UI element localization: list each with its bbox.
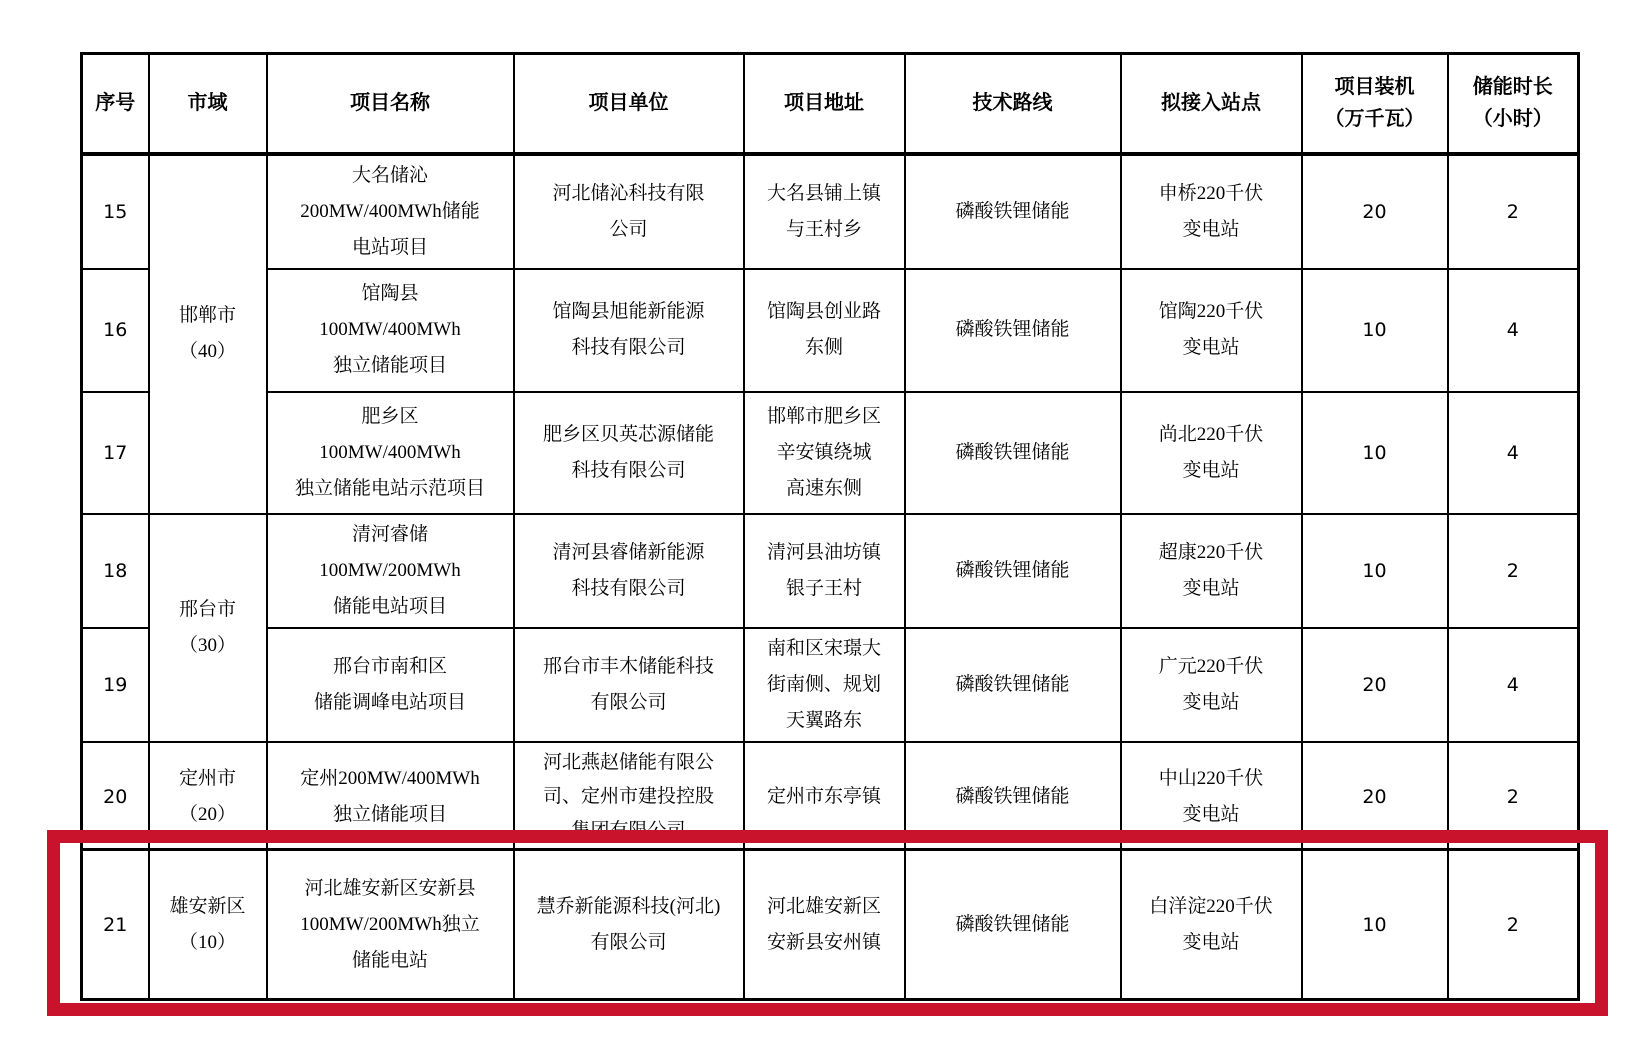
cell-duration: 4 <box>1448 628 1579 742</box>
table-row-20: 20 定州市 （20） 定州200MW/400MWh 独立储能项目 河北燕赵储能… <box>82 742 1579 853</box>
table-row-16: 16 馆陶县 100MW/400MWh 独立储能项目 馆陶县旭能新能源 科技有限… <box>82 269 1579 392</box>
table-row-17: 17 肥乡区 100MW/400MWh 独立储能电站示范项目 肥乡区贝英芯源储能… <box>82 392 1579 514</box>
cell-project-unit: 肥乡区贝英芯源储能 科技有限公司 <box>514 392 744 514</box>
cell-project-name: 馆陶县 100MW/400MWh 独立储能项目 <box>267 269 514 392</box>
cell-city-handan: 邯郸市 （40） <box>149 154 267 514</box>
cell-project-name: 大名储沁 200MW/400MWh储能 电站项目 <box>267 154 514 269</box>
cell-access-station: 尚北220千伏 变电站 <box>1121 392 1302 514</box>
projects-table-row-21: 21 雄安新区 （10） 河北雄安新区安新县 100MW/200MWh独立 储能… <box>80 848 1580 1001</box>
cell-project-address: 邯郸市肥乡区 辛安镇绕城 高速东侧 <box>744 392 905 514</box>
cell-project-address: 南和区宋璟大 街南侧、规划 天翼路东 <box>744 628 905 742</box>
cell-duration: 2 <box>1448 514 1579 628</box>
cell-project-unit: 邢台市丰木储能科技 有限公司 <box>514 628 744 742</box>
cell-seq: 16 <box>82 269 149 392</box>
header-capacity: 项目装机 （万千瓦） <box>1302 54 1448 154</box>
header-duration: 储能时长 （小时） <box>1448 54 1579 154</box>
cell-seq: 21 <box>82 850 149 1000</box>
cell-project-unit: 清河县睿储新能源 科技有限公司 <box>514 514 744 628</box>
header-project-unit: 项目单位 <box>514 54 744 154</box>
cell-access-station: 广元220千伏 变电站 <box>1121 628 1302 742</box>
cell-tech-route: 磷酸铁锂储能 <box>905 628 1121 742</box>
table-row-21: 21 雄安新区 （10） 河北雄安新区安新县 100MW/200MWh独立 储能… <box>82 850 1579 1000</box>
cell-tech-route: 磷酸铁锂储能 <box>905 269 1121 392</box>
cell-project-address: 馆陶县创业路 东侧 <box>744 269 905 392</box>
cell-access-station: 白洋淀220千伏 变电站 <box>1121 850 1302 1000</box>
cell-capacity: 10 <box>1302 392 1448 514</box>
cell-seq: 17 <box>82 392 149 514</box>
projects-table: 序号 市域 项目名称 项目单位 项目地址 技术路线 拟接入站点 项目装机 （万千… <box>80 52 1580 854</box>
header-access-station: 拟接入站点 <box>1121 54 1302 154</box>
cell-capacity: 10 <box>1302 850 1448 1000</box>
cell-access-station: 申桥220千伏 变电站 <box>1121 154 1302 269</box>
cell-access-station: 超康220千伏 变电站 <box>1121 514 1302 628</box>
cell-seq: 18 <box>82 514 149 628</box>
cell-duration: 4 <box>1448 269 1579 392</box>
cell-seq: 15 <box>82 154 149 269</box>
cell-tech-route: 磷酸铁锂储能 <box>905 154 1121 269</box>
cell-city-xingtai: 邢台市 （30） <box>149 514 267 742</box>
cell-city-dingzhou: 定州市 （20） <box>149 742 267 853</box>
cell-tech-route: 磷酸铁锂储能 <box>905 742 1121 853</box>
cell-project-unit: 馆陶县旭能新能源 科技有限公司 <box>514 269 744 392</box>
cell-seq: 20 <box>82 742 149 853</box>
header-row: 序号 市域 项目名称 项目单位 项目地址 技术路线 拟接入站点 项目装机 （万千… <box>82 54 1579 154</box>
cell-access-station: 中山220千伏 变电站 <box>1121 742 1302 853</box>
table-row-19: 19 邢台市南和区 储能调峰电站项目 邢台市丰木储能科技 有限公司 南和区宋璟大… <box>82 628 1579 742</box>
cell-capacity: 10 <box>1302 269 1448 392</box>
cell-access-station: 馆陶220千伏 变电站 <box>1121 269 1302 392</box>
table-row-15: 15 邯郸市 （40） 大名储沁 200MW/400MWh储能 电站项目 河北储… <box>82 154 1579 269</box>
cell-project-name: 清河睿储 100MW/200MWh 储能电站项目 <box>267 514 514 628</box>
cell-tech-route: 磷酸铁锂储能 <box>905 392 1121 514</box>
header-project-address: 项目地址 <box>744 54 905 154</box>
table-row-18: 18 邢台市 （30） 清河睿储 100MW/200MWh 储能电站项目 清河县… <box>82 514 1579 628</box>
cell-capacity: 20 <box>1302 154 1448 269</box>
cell-project-unit: 慧乔新能源科技(河北) 有限公司 <box>514 850 744 1000</box>
cell-capacity: 20 <box>1302 628 1448 742</box>
header-city: 市域 <box>149 54 267 154</box>
cell-tech-route: 磷酸铁锂储能 <box>905 514 1121 628</box>
cell-capacity: 20 <box>1302 742 1448 853</box>
cell-project-address: 大名县铺上镇 与王村乡 <box>744 154 905 269</box>
cell-project-address: 定州市东亭镇 <box>744 742 905 853</box>
cell-project-name: 定州200MW/400MWh 独立储能项目 <box>267 742 514 853</box>
header-project-name: 项目名称 <box>267 54 514 154</box>
header-tech-route: 技术路线 <box>905 54 1121 154</box>
cell-project-unit: 河北储沁科技有限 公司 <box>514 154 744 269</box>
cell-project-name: 河北雄安新区安新县 100MW/200MWh独立 储能电站 <box>267 850 514 1000</box>
cell-capacity: 10 <box>1302 514 1448 628</box>
cell-tech-route: 磷酸铁锂储能 <box>905 850 1121 1000</box>
cell-project-unit: 河北燕赵储能有限公 司、定州市建投控股 集团有限公司 <box>514 742 744 853</box>
cell-project-address: 河北雄安新区 安新县安州镇 <box>744 850 905 1000</box>
cell-duration: 4 <box>1448 392 1579 514</box>
cell-city-xiongan: 雄安新区 （10） <box>149 850 267 1000</box>
document-page: 序号 市域 项目名称 项目单位 项目地址 技术路线 拟接入站点 项目装机 （万千… <box>0 0 1642 1061</box>
cell-project-name: 肥乡区 100MW/400MWh 独立储能电站示范项目 <box>267 392 514 514</box>
cell-duration: 2 <box>1448 850 1579 1000</box>
cell-project-address: 清河县油坊镇 银子王村 <box>744 514 905 628</box>
header-seq: 序号 <box>82 54 149 154</box>
cell-seq: 19 <box>82 628 149 742</box>
cell-project-name: 邢台市南和区 储能调峰电站项目 <box>267 628 514 742</box>
cell-duration: 2 <box>1448 154 1579 269</box>
cell-duration: 2 <box>1448 742 1579 853</box>
